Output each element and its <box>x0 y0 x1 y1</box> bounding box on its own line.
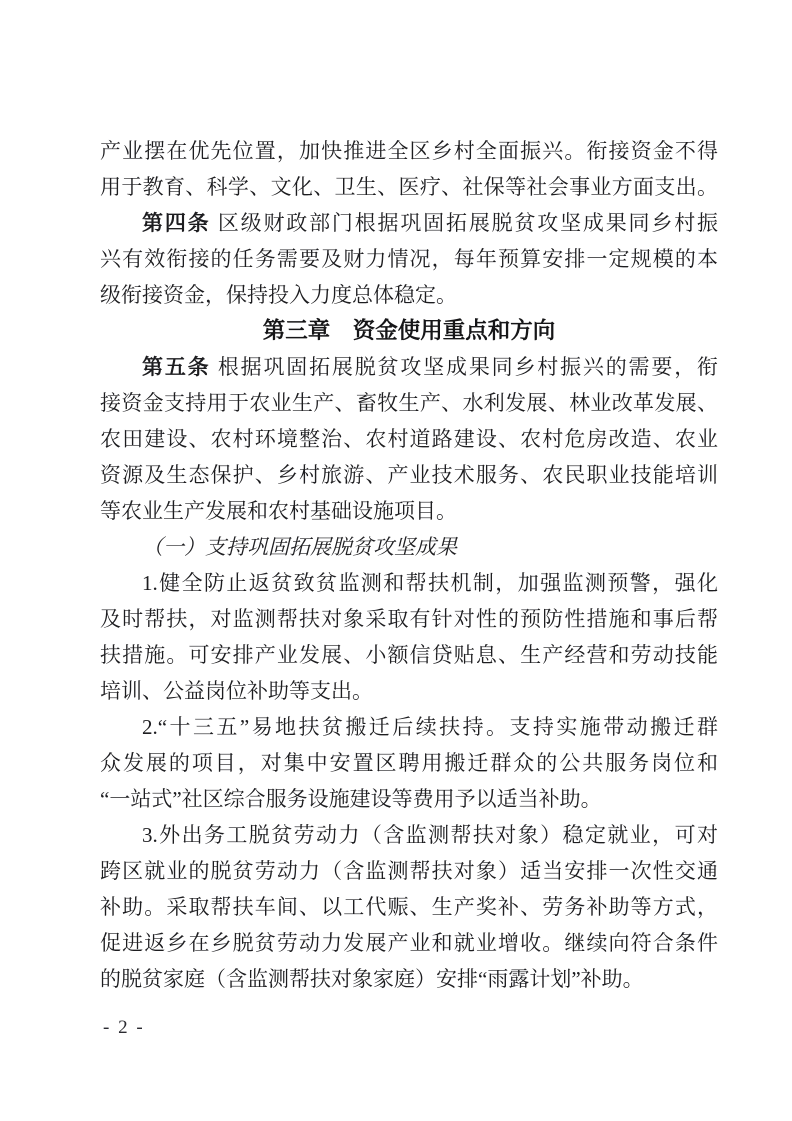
text-line: 用于教育、科学、文化、卫生、医疗、社保等社会事业方面支出。 <box>100 169 718 205</box>
text-run: 培训、公益岗位补助等支出。 <box>100 679 373 703</box>
text-line: 跨区就业的脱贫劳动力（含监测帮扶对象）适当安排一次性交通 <box>100 853 718 889</box>
text-run: 补助。采取帮扶车间、以工代赈、生产奖补、劳务补助等方式， <box>100 895 718 919</box>
text-line: 1.健全防止返贫致贫监测和帮扶机制，加强监测预警，强化 <box>100 565 718 601</box>
text-run: 区级财政部门根据巩固拓展脱贫攻坚成果同乡村振 <box>218 211 718 235</box>
text-line: 第三章 资金使用重点和方向 <box>100 313 718 349</box>
text-run: （一）支持巩固拓展脱贫攻坚成果 <box>142 535 457 559</box>
text-run: 资源及生态保护、乡村旅游、产业技术服务、农民职业技能培训 <box>100 463 718 487</box>
text-line: 兴有效衔接的任务需要及财力情况，每年预算安排一定规模的本 <box>100 241 718 277</box>
document-content: 产业摆在优先位置，加快推进全区乡村全面振兴。衔接资金不得用于教育、科学、文化、卫… <box>100 133 718 997</box>
text-run: 第三章 资金使用重点和方向 <box>263 318 556 343</box>
text-line: 3.外出务工脱贫劳动力（含监测帮扶对象）稳定就业，可对 <box>100 817 718 853</box>
text-run: 跨区就业的脱贫劳动力（含监测帮扶对象）适当安排一次性交通 <box>100 859 718 883</box>
article-number: 第四条 <box>142 211 210 235</box>
text-line: 级衔接资金，保持投入力度总体稳定。 <box>100 277 718 313</box>
text-line: 等农业生产发展和农村基础设施项目。 <box>100 493 718 529</box>
article-number: 第五条 <box>142 355 210 379</box>
text-run: 的脱贫家庭（含监测帮扶对象家庭）安排“雨露计划”补助。 <box>100 967 644 991</box>
paragraph: 1.健全防止返贫致贫监测和帮扶机制，加强监测预警，强化及时帮扶，对监测帮扶对象采… <box>100 565 718 709</box>
page-number: - 2 - <box>103 1016 145 1040</box>
document-page: 产业摆在优先位置，加快推进全区乡村全面振兴。衔接资金不得用于教育、科学、文化、卫… <box>0 0 792 1121</box>
text-run: 兴有效衔接的任务需要及财力情况，每年预算安排一定规模的本 <box>100 247 718 271</box>
text-run: 及时帮扶，对监测帮扶对象采取有针对性的预防性措施和事后帮 <box>100 607 718 631</box>
text-line: 农田建设、农村环境整治、农村道路建设、农村危房改造、农业 <box>100 421 718 457</box>
section-subheading: （一）支持巩固拓展脱贫攻坚成果 <box>100 529 718 565</box>
paragraph: 产业摆在优先位置，加快推进全区乡村全面振兴。衔接资金不得用于教育、科学、文化、卫… <box>100 133 718 205</box>
text-line: 培训、公益岗位补助等支出。 <box>100 673 718 709</box>
text-run: 级衔接资金，保持投入力度总体稳定。 <box>100 283 457 307</box>
text-run: 农田建设、农村环境整治、农村道路建设、农村危房改造、农业 <box>100 427 718 451</box>
text-run: 用于教育、科学、文化、卫生、医疗、社保等社会事业方面支出。 <box>100 175 718 199</box>
text-run: 产业摆在优先位置，加快推进全区乡村全面振兴。衔接资金不得 <box>100 139 718 163</box>
chapter-heading: 第三章 资金使用重点和方向 <box>100 313 718 349</box>
paragraph: 第五条根据巩固拓展脱贫攻坚成果同乡村振兴的需要，衔接资金支持用于农业生产、畜牧生… <box>100 349 718 529</box>
text-run: 接资金支持用于农业生产、畜牧生产、水利发展、林业改革发展、 <box>100 391 718 415</box>
paragraph: 2.“十三五”易地扶贫搬迁后续扶持。支持实施带动搬迁群众发展的项目，对集中安置区… <box>100 709 718 817</box>
text-run: 3.外出务工脱贫劳动力（含监测帮扶对象）稳定就业，可对 <box>142 823 718 847</box>
text-run: 根据巩固拓展脱贫攻坚成果同乡村振兴的需要，衔 <box>218 355 718 379</box>
text-line: 资源及生态保护、乡村旅游、产业技术服务、农民职业技能培训 <box>100 457 718 493</box>
text-run: 扶措施。可安排产业发展、小额信贷贴息、生产经营和劳动技能 <box>100 643 718 667</box>
paragraph: 3.外出务工脱贫劳动力（含监测帮扶对象）稳定就业，可对跨区就业的脱贫劳动力（含监… <box>100 817 718 997</box>
text-line: 补助。采取帮扶车间、以工代赈、生产奖补、劳务补助等方式， <box>100 889 718 925</box>
text-run: “一站式”社区综合服务设施建设等费用予以适当补助。 <box>100 787 602 811</box>
text-line: （一）支持巩固拓展脱贫攻坚成果 <box>100 529 718 565</box>
text-line: 产业摆在优先位置，加快推进全区乡村全面振兴。衔接资金不得 <box>100 133 718 169</box>
text-line: 促进返乡在乡脱贫劳动力发展产业和就业增收。继续向符合条件 <box>100 925 718 961</box>
paragraph: 第四条区级财政部门根据巩固拓展脱贫攻坚成果同乡村振兴有效衔接的任务需要及财力情况… <box>100 205 718 313</box>
text-line: “一站式”社区综合服务设施建设等费用予以适当补助。 <box>100 781 718 817</box>
text-line: 众发展的项目，对集中安置区聘用搬迁群众的公共服务岗位和 <box>100 745 718 781</box>
text-line: 2.“十三五”易地扶贫搬迁后续扶持。支持实施带动搬迁群 <box>100 709 718 745</box>
text-line: 及时帮扶，对监测帮扶对象采取有针对性的预防性措施和事后帮 <box>100 601 718 637</box>
text-line: 第四条区级财政部门根据巩固拓展脱贫攻坚成果同乡村振 <box>100 205 718 241</box>
text-line: 接资金支持用于农业生产、畜牧生产、水利发展、林业改革发展、 <box>100 385 718 421</box>
text-run: 2.“十三五”易地扶贫搬迁后续扶持。支持实施带动搬迁群 <box>142 715 718 739</box>
text-run: 等农业生产发展和农村基础设施项目。 <box>100 499 457 523</box>
text-run: 1.健全防止返贫致贫监测和帮扶机制，加强监测预警，强化 <box>142 571 718 595</box>
text-line: 第五条根据巩固拓展脱贫攻坚成果同乡村振兴的需要，衔 <box>100 349 718 385</box>
text-line: 的脱贫家庭（含监测帮扶对象家庭）安排“雨露计划”补助。 <box>100 961 718 997</box>
text-run: 促进返乡在乡脱贫劳动力发展产业和就业增收。继续向符合条件 <box>100 931 718 955</box>
text-line: 扶措施。可安排产业发展、小额信贷贴息、生产经营和劳动技能 <box>100 637 718 673</box>
text-run: 众发展的项目，对集中安置区聘用搬迁群众的公共服务岗位和 <box>100 751 718 775</box>
